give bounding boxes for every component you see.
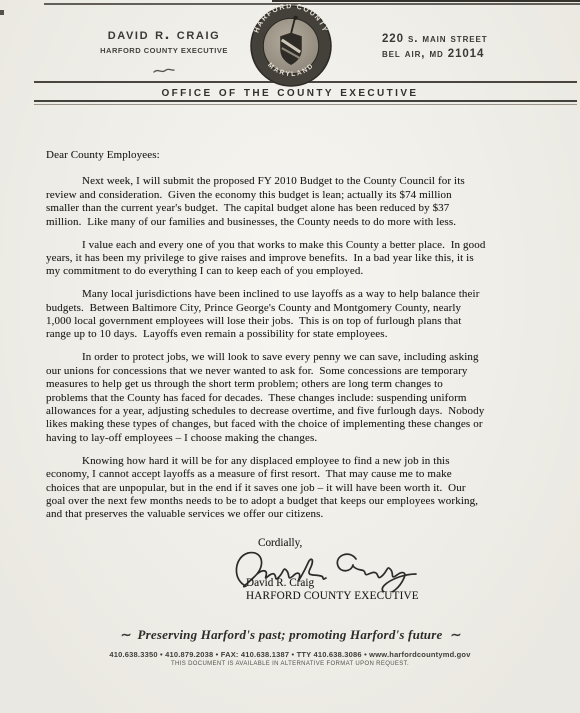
salutation: Dear County Employees: — [46, 149, 558, 162]
county-seal-icon: HARFORD COUNTY MARYLAND — [250, 4, 332, 88]
paragraph-1: Next week, I will submit the proposed FY… — [46, 175, 558, 229]
scan-artifact — [0, 10, 4, 15]
paragraph-5: Knowing how hard it will be for any disp… — [46, 455, 558, 522]
flourish-right-icon: ∼ — [442, 627, 467, 642]
top-rule-segment — [272, 0, 580, 2]
county-motto: ∼Preserving Harford's past; promoting Ha… — [0, 627, 580, 643]
signer-title: HARFORD COUNTY EXECUTIVE — [246, 590, 419, 602]
flourish-icon — [58, 62, 270, 80]
letterhead-name-block: David R. Craig HARFORD COUNTY EXECUTIVE — [58, 26, 270, 80]
signer-name: David R. Craig — [246, 577, 314, 589]
letter-body: Dear County Employees: Next week, I will… — [46, 149, 558, 531]
motto-text: Preserving Harford's past; promoting Har… — [138, 627, 443, 642]
paragraph-4: In order to protect jobs, we will look t… — [46, 351, 558, 445]
address-line-2: Bel Air, MD 21014 — [382, 47, 488, 62]
paragraph-2: I value each and every one of you that w… — [46, 239, 558, 279]
letterhead-address: 220 S. Main Street Bel Air, MD 21014 — [382, 32, 488, 62]
executive-title: HARFORD COUNTY EXECUTIVE — [58, 46, 270, 55]
alternative-format-notice: THIS DOCUMENT IS AVAILABLE IN ALTERNATIV… — [0, 661, 580, 667]
executive-name: David R. Craig — [58, 26, 270, 44]
scanned-letter-page: David R. Craig HARFORD COUNTY EXECUTIVE — [0, 0, 580, 713]
signature-block: Cordially, David R. Craig HARFORD COUNTY… — [244, 537, 524, 609]
banner-rule-bottom-thin — [34, 104, 577, 105]
contact-info-line: 410.638.3350 • 410.879.2038 • FAX: 410.6… — [0, 650, 580, 659]
flourish-left-icon: ∼ — [113, 627, 138, 642]
paragraph-3: Many local jurisdictions have been incli… — [46, 288, 558, 342]
banner-rule-bottom — [34, 100, 577, 102]
address-line-1: 220 S. Main Street — [382, 32, 488, 47]
